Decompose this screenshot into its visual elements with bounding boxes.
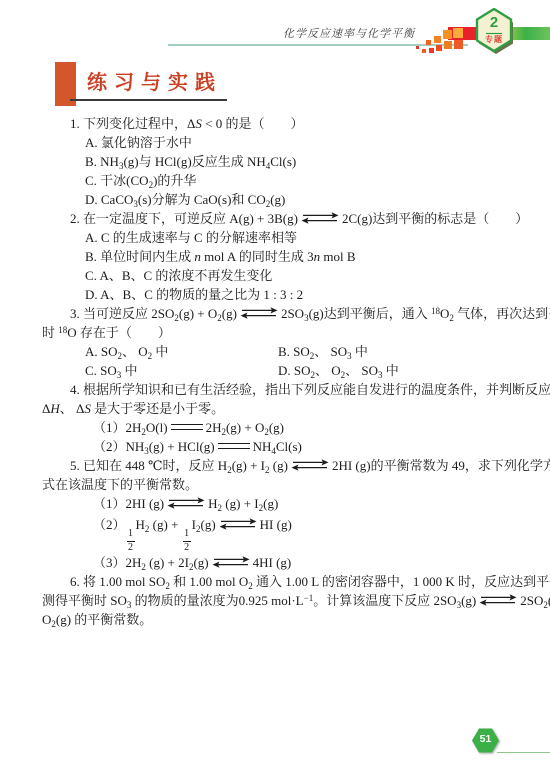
- badge-label: 专题: [474, 36, 514, 44]
- textbook-page: 化学反应速率与化学平衡 2 专题 练习与实践 1. 下列变化过程中，ΔS < 0…: [0, 0, 550, 778]
- question-3-option-d: D. SO2、 O2、 SO3 中: [278, 361, 399, 380]
- question-6-line1: 6. 将 1.00 mol SO2 和 1.00 mol O2 通入 1.00 …: [42, 572, 512, 591]
- question-1-option-d: D. CaCO3(s)分解为 CaO(s)和 CO2(g): [42, 190, 512, 209]
- question-4-item-1: （1）2H2O(l)2H2(g) + O2(g): [42, 418, 512, 437]
- question-5-stem-line2: 式在该温度下的平衡常数。: [42, 475, 512, 494]
- question-2-option-b: B. 单位时间内生成 n mol A 的同时生成 3n mol B: [42, 247, 512, 266]
- question-1-stem: 1. 下列变化过程中，ΔS < 0 的是（ ）: [42, 114, 512, 133]
- mosaic-square: [436, 45, 442, 51]
- section-title-rule: [70, 99, 227, 101]
- question-5-stem-line1: 5. 已知在 448 ℃时，反应 H2(g) + I2 (g)2HI (g)的平…: [42, 456, 512, 475]
- mosaic-square: [453, 28, 463, 38]
- question-1-option-a: A. 氯化钠溶于水中: [42, 133, 512, 152]
- question-2-option-a: A. C 的生成速率与 C 的分解速率相等: [42, 228, 512, 247]
- question-3-options-row1: A. SO2、 O2 中 B. SO2、 SO3 中: [42, 342, 512, 361]
- fraction: 12: [183, 529, 191, 553]
- mosaic-square: [454, 40, 463, 49]
- question-2-option-c: C. A、B、C 的浓度不再发生变化: [42, 266, 512, 285]
- question-3-stem-line1: 3. 当可逆反应 2SO2(g) + O2(g)2SO3(g)达到平衡后，通入 …: [42, 304, 512, 323]
- mosaic-square: [416, 46, 419, 49]
- question-1-option-b: B. NH3(g)与 HCl(g)反应生成 NH4Cl(s): [42, 152, 512, 171]
- mosaic-square: [429, 48, 434, 53]
- equilibrium-arrow-icon: [219, 513, 257, 536]
- mosaic-square: [426, 40, 431, 45]
- question-4-stem-line1: 4. 根据所学知识和已有生活经验，指出下列反应能自发进行的温度条件，并判断反应的: [42, 380, 512, 399]
- question-2-option-d: D. A、B、C 的物质的量之比为 1 : 3 : 2: [42, 285, 512, 304]
- equilibrium-arrow-icon: [479, 591, 517, 610]
- mosaic-square: [444, 41, 452, 49]
- question-1-option-c: C. 干冰(CO2)的升华: [42, 171, 512, 190]
- question-4-item-2: （2）NH3(g) + HCl(g)NH4Cl(s): [42, 437, 512, 456]
- question-6-line2: 测得平衡时 SO3 的物质的量浓度为0.925 mol·L−1。计算该温度下反应…: [42, 591, 512, 610]
- equilibrium-arrow-icon: [240, 304, 278, 323]
- question-5-item-3: （3）2H2 (g) + 2I2(g)4HI (g): [42, 553, 512, 572]
- mosaic-square: [434, 36, 441, 43]
- question-6-line3: O2(g) 的平衡常数。: [42, 610, 512, 629]
- double-equals-icon: [171, 424, 203, 430]
- question-4-stem-line2: ΔH、 ΔS 是大于零还是小于零。: [42, 399, 512, 418]
- page-number-badge: 51: [472, 728, 499, 753]
- unit-badge: 2 专题: [474, 8, 514, 54]
- question-3-option-b: B. SO2、 SO3 中: [278, 342, 368, 361]
- question-3-options-row2: C. SO3 中 D. SO2、 O2、 SO3 中: [42, 361, 512, 380]
- question-5-item-1: （1）2HI (g)H2 (g) + I2(g): [42, 494, 512, 513]
- double-equals-icon: [218, 443, 250, 449]
- mosaic-square: [422, 49, 426, 53]
- mosaic-square: [443, 30, 452, 39]
- footer-rule: [497, 752, 550, 753]
- fraction: 12: [127, 529, 135, 553]
- section-title: 练习与实践: [87, 66, 222, 95]
- badge-number: 2: [474, 15, 514, 30]
- question-5-item-2: （2）12H2 (g) + 12I2(g)HI (g): [42, 513, 512, 553]
- question-3-option-c: C. SO3 中: [85, 363, 138, 378]
- equilibrium-arrow-icon: [212, 553, 250, 572]
- mosaic-decoration: [416, 28, 466, 54]
- exercise-content: 1. 下列变化过程中，ΔS < 0 的是（ ） A. 氯化钠溶于水中 B. NH…: [42, 114, 512, 629]
- question-3-stem-line2: 时 18O 存在于（ ）: [42, 323, 512, 342]
- question-2-stem: 2. 在一定温度下，可逆反应 A(g) + 3B(g)2C(g)达到平衡的标志是…: [42, 209, 512, 228]
- question-3-option-a: A. SO2、 O2 中: [85, 344, 168, 359]
- equilibrium-arrow-icon: [301, 209, 339, 228]
- chapter-title: 化学反应速率与化学平衡: [283, 25, 415, 41]
- page-number: 51: [472, 734, 499, 745]
- equilibrium-arrow-icon: [291, 456, 329, 475]
- equilibrium-arrow-icon: [167, 494, 205, 513]
